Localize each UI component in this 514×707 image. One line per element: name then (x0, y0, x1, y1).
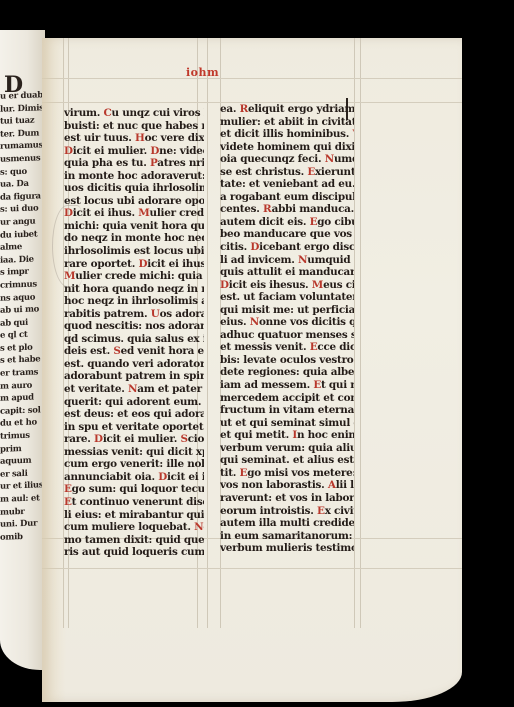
text-line: beo manducare que vos nes (220, 228, 354, 241)
text-line: et dicit illis hominibus. Venite et (220, 128, 354, 141)
text-line: mo tamen dixit: quid que (64, 534, 204, 547)
text-line: cum ergo venerit: ille nobis (64, 458, 204, 471)
text-line: ihrlosolimis est locus ubi ado (64, 245, 204, 258)
left-page-text: u er duablur. Dimistui tuazter. Dumrumam… (0, 89, 45, 544)
text-line: videte hominem qui dixit michi (220, 141, 354, 154)
text-line: eius. Nonne vos dicitis qz (220, 316, 354, 329)
text-line: quod nescitis: nos adoram (64, 320, 204, 333)
rubric-initial: N (128, 383, 137, 395)
text-line: qui seminat. et alius est qui me (220, 454, 354, 467)
text-line: citis. Dicebant ergo discipu (220, 241, 354, 254)
text-line: li eius: et mirabantur quia (64, 509, 204, 522)
rubric-initial: M (64, 270, 75, 282)
text-line: in monte hoc adoraverut: et (64, 170, 204, 183)
text-line: omib (0, 530, 45, 544)
text-line: raverunt: et vos in labores (220, 492, 354, 505)
ruling-line-right-outer (360, 38, 361, 628)
text-line: deis est. Sed venit hora et nc (64, 345, 204, 358)
rubric-initial: D (64, 207, 73, 219)
text-line: ut et qui seminat simul gaudeat (220, 417, 354, 430)
running-head: iohm (186, 66, 219, 79)
text-line: m aul: et (0, 492, 45, 506)
rubric-initial: E (307, 166, 315, 178)
text-line: verbum verum: quia alius est (220, 442, 354, 455)
text-line: cum muliere loquebat. Ne (64, 521, 204, 534)
rubric-initial: N (250, 316, 259, 328)
text-line: verbum mulieris testimonium (220, 542, 354, 555)
ruling-line-top (42, 78, 462, 79)
text-line: Dicit ei mulier. Dne: video (64, 145, 204, 158)
text-line: mulier: et abiit in civitatem: (220, 116, 354, 129)
text-line: oia quecunqz feci. Numquid ip (220, 153, 354, 166)
text-line: in eum samaritanorum: propter (220, 530, 354, 543)
rubric-initial: H (135, 132, 145, 144)
text-line: est. quando veri adoratores (64, 358, 204, 371)
ruling-line-right-inner (354, 38, 355, 628)
rubric-initial: C (104, 107, 112, 119)
text-line: est uir tuus. Hoc vere dixisti. (64, 132, 204, 145)
rubric-initial: A (328, 479, 336, 491)
text-line: autem dicit eis. Ego cibu hab (220, 216, 354, 229)
text-line: eorum introistis. Ex civitate (220, 505, 354, 518)
text-line: u er duab (0, 89, 45, 103)
text-column-left: virum. Cu unqz cui viros habuisti: et nu… (64, 107, 204, 559)
rubric-initial: E (310, 216, 318, 228)
text-line: ea. Reliquit ergo ydriam suam (220, 103, 354, 116)
text-line: et qui metit. In hoc enim est (220, 429, 354, 442)
text-line: virum. Cu unqz cui viros ha (64, 107, 204, 120)
text-line: est locus ubi adorare oportet. (64, 195, 204, 208)
text-line: ris aut quid loqueris cum (64, 546, 204, 559)
rubric-initial: E (64, 496, 72, 508)
text-line: adhuc quatuor menses sunt (220, 329, 354, 342)
rubric-initial: M (312, 279, 323, 291)
text-line: qd scimus. quia salus ex iu (64, 333, 204, 346)
text-line: usmenus (0, 152, 45, 166)
text-line: querit: qui adorent eum. Spus (64, 396, 204, 409)
text-line: rare. Dicit ei mulier. Scio qz (64, 433, 204, 446)
text-line: in spu et veritate oportet ado (64, 421, 204, 434)
text-line: do neqz in monte hoc neqz in (64, 232, 204, 245)
rubric-initial: U (151, 308, 160, 320)
rubric-initial: D (158, 471, 167, 483)
text-line: rare oportet. Dicit ei ihus. (64, 258, 204, 271)
text-line: et messis venit. Ecce dico vo (220, 341, 354, 354)
text-line: autem illa multi crediderunt (220, 517, 354, 530)
ruling-line-bottom-2 (42, 568, 462, 569)
rubric-initial: S (180, 433, 187, 445)
rubric-initial: N (325, 153, 334, 165)
text-line: est deus: et eos qui adorant eu (64, 408, 204, 421)
text-line: adorabunt patrem in spiritu (64, 370, 204, 383)
rubric-initial: D (150, 145, 159, 157)
text-line: Ego sum: qui loquor tecum. (64, 483, 204, 496)
text-line: et veritate. Nam et pater tales (64, 383, 204, 396)
rubric-initial: E (317, 505, 325, 517)
rubric-initial: E (64, 483, 72, 495)
text-line: Dicit ei ihus. Mulier crede (64, 207, 204, 220)
ruling-line-center-mid (207, 38, 208, 628)
rubric-initial: D (220, 279, 229, 291)
text-line: vos non laborastis. Alii labo (220, 479, 354, 492)
text-line: qui misit me: ut perficiam opus (220, 304, 354, 317)
text-line: mercedem accipit et congregat (220, 392, 354, 405)
text-line: michi: quia venit hora quan (64, 220, 204, 233)
text-line: dete regiones: quia albe sunt (220, 366, 354, 379)
text-line: Mulier crede michi: quia ve (64, 270, 204, 283)
rubric-initial: N (194, 521, 203, 533)
rubric-initial: N (298, 254, 307, 266)
rubric-initial: P (150, 157, 157, 169)
text-line: annunciabit oia. Dicit ei ihus. (64, 471, 204, 484)
text-line: iam ad messem. Et qui metit (220, 379, 354, 392)
text-line: Dicit eis ihesus. Meus cibus (220, 279, 354, 292)
text-line: s et habe (0, 354, 45, 368)
text-line: quis attulit ei manducare. (220, 266, 354, 279)
text-line: hoc neqz in ihrlosolimis ado (64, 295, 204, 308)
rubric-initial: D (250, 241, 259, 253)
text-line: centes. Rabbi manduca. Ille (220, 203, 354, 216)
text-line: est. ut faciam voluntatem eius (220, 291, 354, 304)
rubric-initial: R (240, 103, 248, 115)
text-line: a rogabant eum discipuli di (220, 191, 354, 204)
rubric-initial: E (240, 467, 248, 479)
text-line: li ad invicem. Numquid ali (220, 254, 354, 267)
text-line: bis: levate oculos vestros et vi (220, 354, 354, 367)
text-line: rabitis patrem. Uos adorat (64, 308, 204, 321)
text-line: uos dicitis quia ihrlosolimis (64, 182, 204, 195)
text-line: messias venit: qui dicit xps. (64, 446, 204, 459)
rubric-initial: R (263, 203, 272, 215)
rubric-initial: E (310, 341, 318, 353)
rubric-initial: I (292, 429, 297, 441)
text-line: nit hora quando neqz in mon (64, 283, 204, 296)
rubric-initial: D (64, 145, 73, 157)
text-line: capit: sol (0, 404, 45, 418)
text-line: ab ui mo (0, 303, 45, 317)
rubric-initial: E (313, 379, 321, 391)
text-line: buisti: et nuc que habes non (64, 120, 204, 133)
text-line: fructum in vitam eternam: (220, 404, 354, 417)
text-line: Et continuo venerunt discipu (64, 496, 204, 509)
left-page-fragment: D u er duablur. Dimistui tuazter. Dumrum… (0, 30, 45, 670)
text-line: se est christus. Exierunt de civi (220, 166, 354, 179)
text-line: s: ui duo (0, 203, 45, 217)
text-line: quia pha es tu. Patres nri (64, 157, 204, 170)
text-column-right: ea. Reliquit ergo ydriam suammulier: et … (220, 103, 354, 555)
rubric-initial: D (138, 258, 147, 270)
rubric-initial: M (138, 207, 149, 219)
text-line: lur. Dimis (0, 102, 45, 116)
rubric-initial: V (353, 128, 354, 140)
text-line: tit. Ego misi vos metere: qd (220, 467, 354, 480)
rubric-initial: D (94, 433, 103, 445)
rubric-initial: S (113, 345, 120, 357)
text-line: tate: et veniebant ad eu. Interea (220, 178, 354, 191)
